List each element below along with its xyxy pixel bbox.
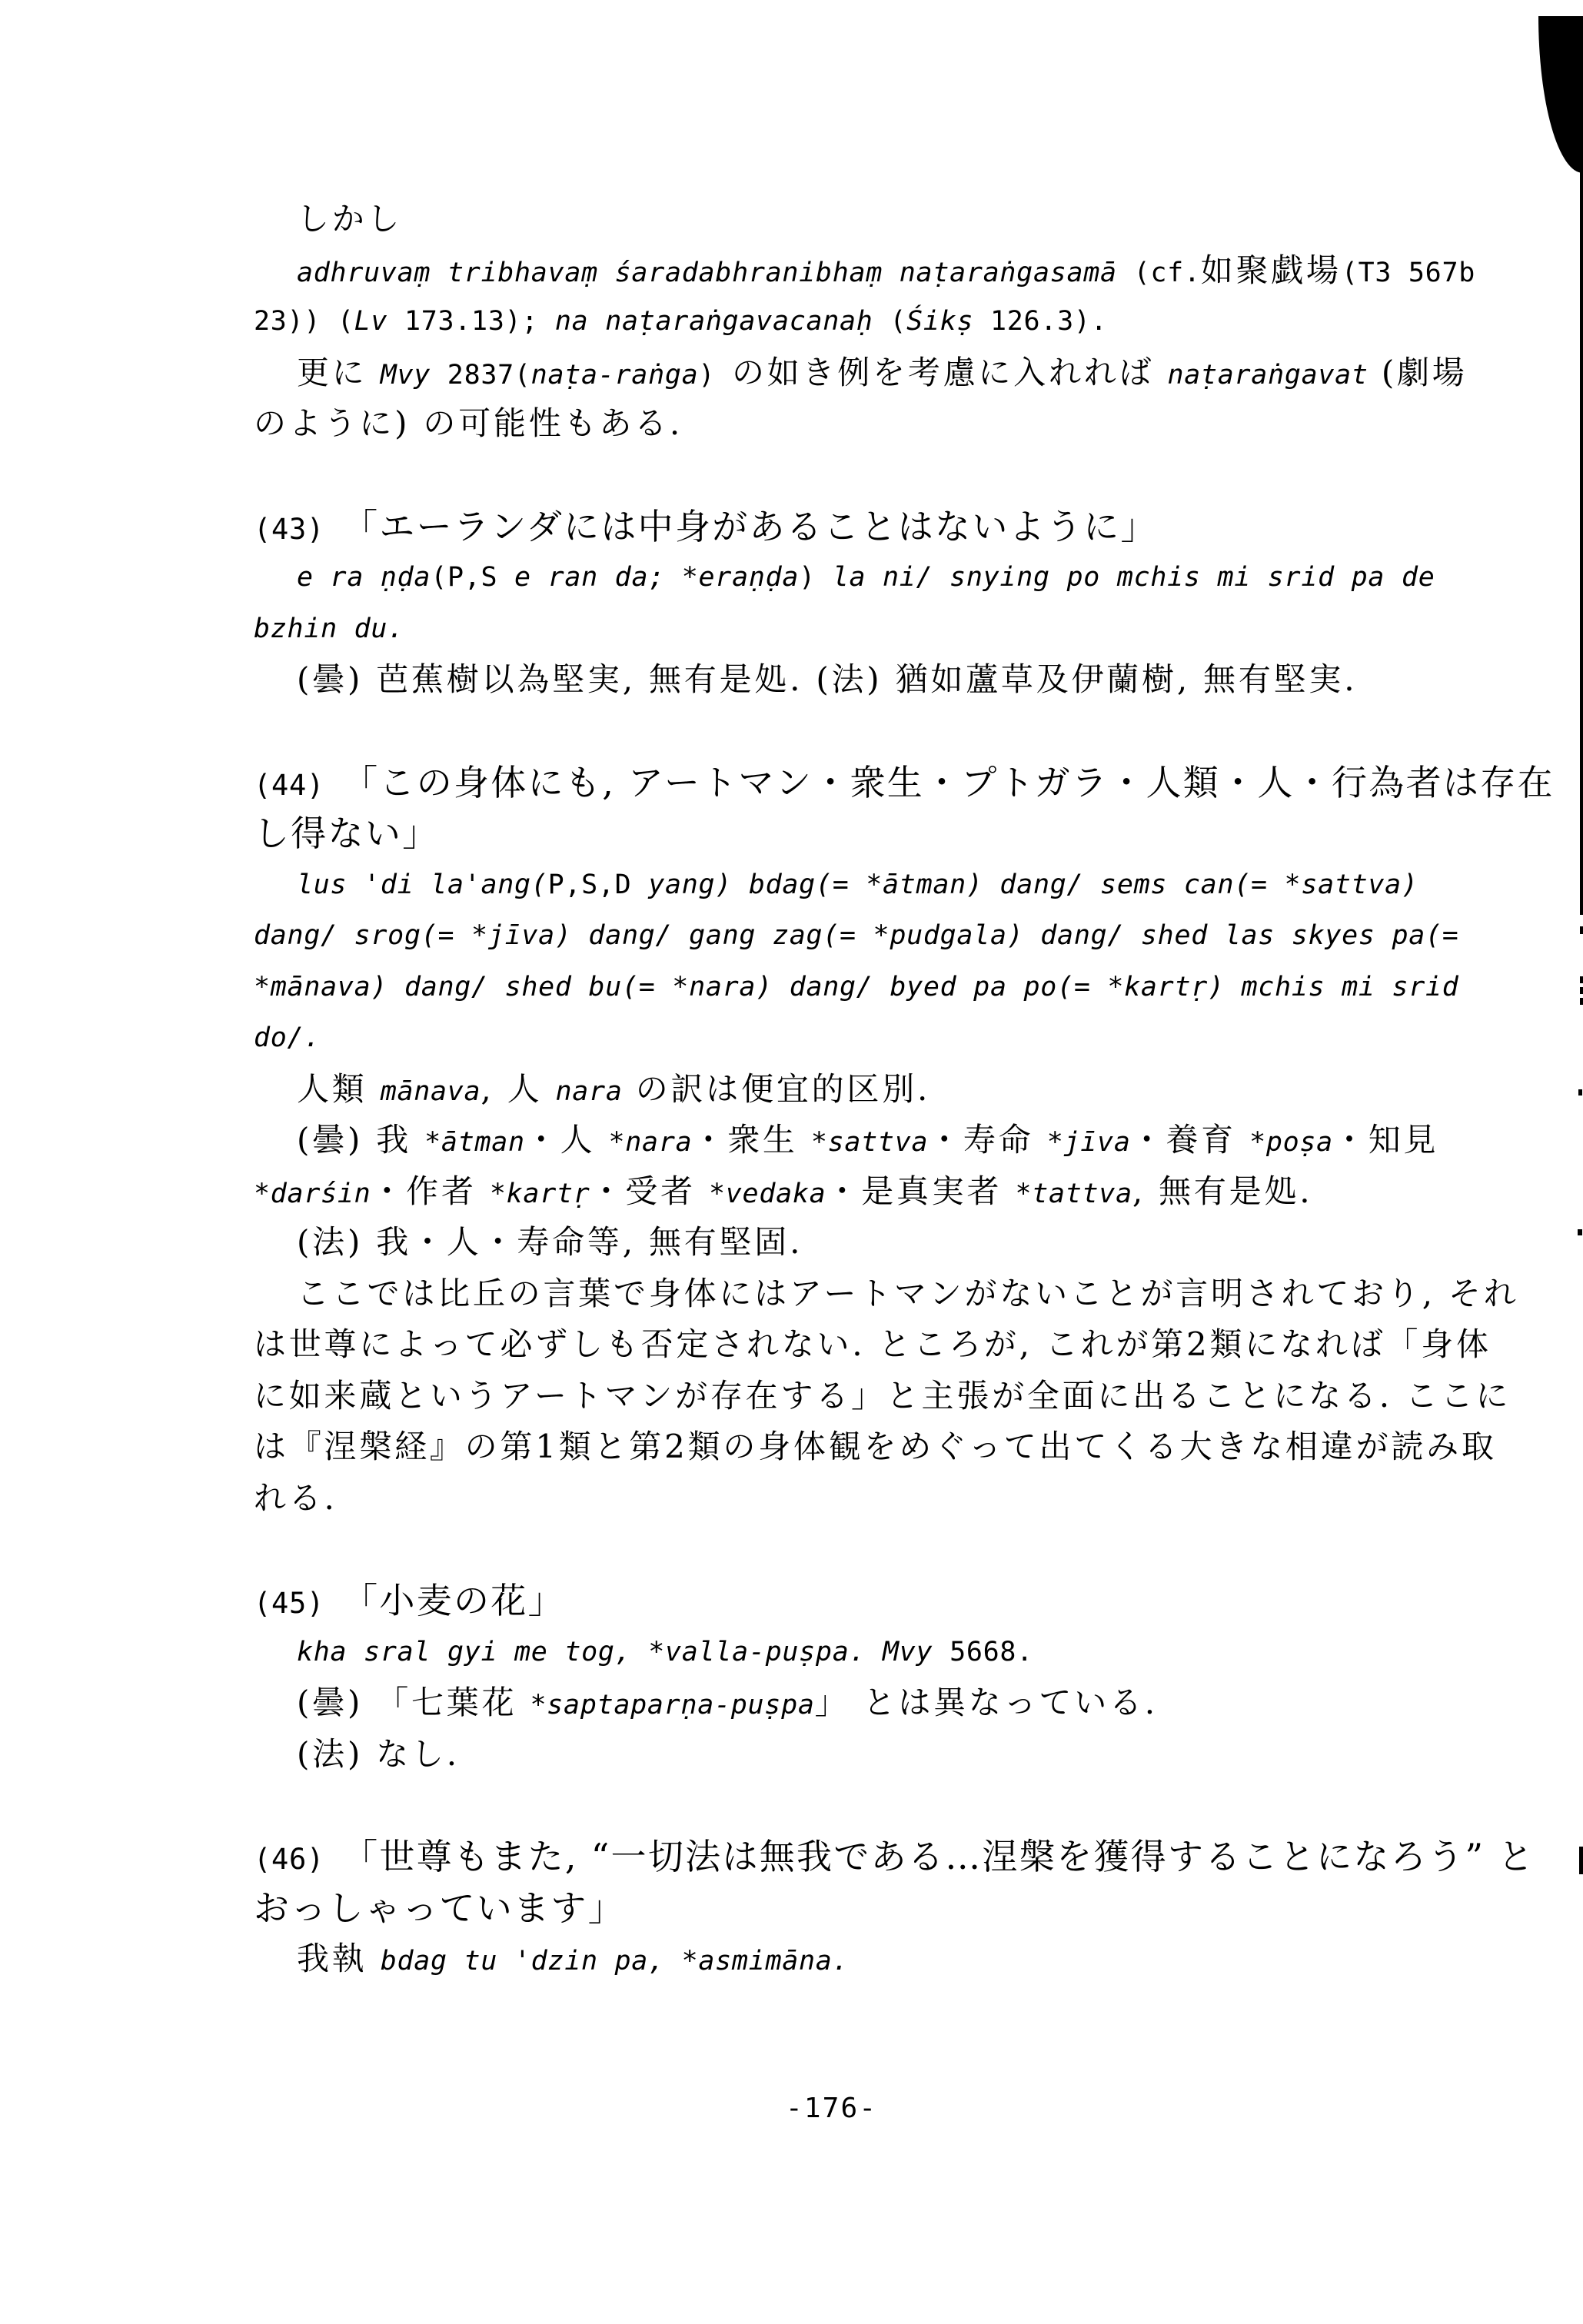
transliteration-italic-segment: yang) bdag(= *ātman) dang/ sems can(= *s… [648, 869, 1418, 900]
japanese-text-segment: 「小麦の花」 [342, 1580, 565, 1621]
japanese-text-segment: 如聚戯場 [1201, 251, 1342, 289]
transliteration-italic-segment: *tattva [1015, 1179, 1132, 1209]
text-line: ここでは比丘の言葉で身体にはアートマンがないことが言明されており, それ [254, 1268, 1515, 1320]
transliteration-italic-segment: naṭa-raṅga [531, 360, 699, 391]
japanese-text-segment: 我執 [297, 1940, 381, 1977]
text-line: (45) 「小麦の花」 [254, 1575, 1515, 1627]
transliteration-italic-segment: e ran da; *eraṇḍa [514, 562, 799, 593]
text-line: に如来蔵というアートマンが存在する」と主張が全面に出ることになる. ここに [254, 1371, 1515, 1422]
transliteration-italic-segment: *nara [609, 1127, 693, 1158]
scanned-document-page: しかしadhruvaṃ tribhavaṃ śaradabhranibhaṃ n… [0, 0, 1583, 2324]
japanese-text-segment: ・是真実者 [826, 1172, 1015, 1210]
text-line: は『涅槃経』の第1類と第2類の身体観をめぐって出てくる大きな相違が読み取 [254, 1421, 1515, 1473]
transliteration-italic-segment: na naṭaraṅgavacanaḥ [555, 306, 873, 337]
text-line: し得ない」 [254, 808, 1515, 859]
japanese-text-segment: ・知見 [1333, 1121, 1438, 1159]
transliteration-italic-segment: bdag tu 'dzin pa, *asmimāna. [381, 1946, 850, 1977]
text-line: dang/ srog(= *jīva) dang/ gang zag(= *pu… [254, 910, 1515, 962]
text-line: (法) なし. [254, 1729, 1515, 1780]
japanese-text-segment: 「世尊もまた, “一切法は無我である…涅槃を獲得することになろう” と [342, 1836, 1535, 1877]
text-line: lus 'di la'ang(P,S,D yang) bdag(= *ātman… [254, 859, 1515, 911]
text-line: bzhin du. [254, 603, 1515, 655]
latin-text-segment: 126.3). [973, 306, 1107, 337]
transliteration-italic-segment: dang/ srog(= *jīva) dang/ gang zag(= *pu… [254, 920, 1459, 951]
text-line: *darśin・作者 *kartṛ・受者 *vedaka・是真実者 *tattv… [254, 1166, 1515, 1218]
scan-artifact-edge-dash [1580, 976, 1583, 983]
latin-text-segment: (T3 567b [1342, 258, 1475, 288]
japanese-text-segment: し得ない」 [254, 813, 440, 854]
scan-artifact-corner [1538, 16, 1583, 173]
japanese-text-segment: に如来蔵というアートマンが存在する」と主張が全面に出ることになる. ここに [254, 1377, 1511, 1415]
text-line: adhruvaṃ tribhavaṃ śaradabhranibhaṃ naṭa… [254, 245, 1515, 297]
japanese-text-segment: 「エーランダには中身があることはないように」 [342, 506, 1158, 547]
transliteration-italic-segment: mānava [381, 1076, 481, 1107]
text-block: しかしadhruvaṃ tribhavaṃ śaradabhranibhaṃ n… [254, 194, 1515, 1985]
japanese-text-segment: 更に [297, 354, 381, 391]
transliteration-italic-segment: *ātman [424, 1127, 525, 1158]
transliteration-italic-segment: nara [556, 1076, 623, 1107]
latin-text-segment: 2837( [431, 360, 531, 391]
scan-artifact-edge-dash [1580, 926, 1583, 934]
scan-artifact-edge-dash [1580, 998, 1583, 1005]
text-line: 人類 mānava, 人 nara の訳は便宜的区別. [254, 1064, 1515, 1115]
text-line: おっしゃっています」 [254, 1883, 1515, 1934]
transliteration-italic-segment: *mānava) dang/ shed bu(= *nara) dang/ by… [254, 972, 1459, 1002]
transliteration-italic-segment: *saptaparṇa-puṣpa [530, 1690, 815, 1721]
transliteration-italic-segment: adhruvaṃ tribhavaṃ śaradabhranibhaṃ naṭa… [297, 258, 1117, 288]
transliteration-italic-segment: bzhin du. [254, 613, 404, 644]
text-line: は世尊によって必ずしも否定されない. ところが, これが第2類になれば「身体 [254, 1319, 1515, 1371]
latin-text-segment: (43) [254, 513, 342, 546]
scan-artifact-edge-line [1580, 154, 1583, 915]
japanese-text-segment: ・受者 [590, 1172, 709, 1210]
latin-text-segment: ) [799, 562, 833, 593]
transliteration-italic-segment: *darśin [254, 1179, 371, 1209]
japanese-text-segment: は世尊によって必ずしも否定されない. ところが, これが第2類になれば「身体 [254, 1325, 1492, 1363]
latin-text-segment: (P,S [431, 562, 514, 593]
japanese-text-segment: ・寿命 [928, 1121, 1046, 1159]
text-line: 更に Mvy 2837(naṭa-raṅga) の如き例を考慮に入れれば naṭ… [254, 347, 1515, 399]
text-line: (43) 「エーランダには中身があることはないように」 [254, 501, 1515, 553]
japanese-text-segment: の如き例を考慮に入れれば [732, 354, 1168, 391]
japanese-text-segment: (曇) 芭蕉樹以為堅実, 無有是処. (法) 猶如蘆草及伊蘭樹, 無有堅実. [297, 660, 1357, 698]
transliteration-italic-segment: Śikṣ [906, 306, 973, 337]
transliteration-italic-segment: *sattva [811, 1127, 928, 1158]
japanese-text-segment: ここでは比丘の言葉で身体にはアートマンがないことが言明されており, それ [297, 1275, 1519, 1312]
text-line: (法) 我・人・寿命等, 無有堅固. [254, 1217, 1515, 1268]
latin-text-segment: (cf. [1117, 258, 1201, 288]
text-line: れる. [254, 1473, 1515, 1524]
transliteration-italic-segment: *poṣa [1249, 1127, 1333, 1158]
text-line: *mānava) dang/ shed bu(= *nara) dang/ by… [254, 962, 1515, 1013]
transliteration-italic-segment: *jīva [1047, 1127, 1131, 1158]
japanese-text-segment: ・衆生 [692, 1121, 810, 1159]
latin-text-segment: ) [698, 360, 732, 391]
japanese-text-segment: , 人 [481, 1070, 555, 1108]
latin-text-segment: (45) [254, 1587, 342, 1620]
japanese-text-segment: ・人 [525, 1121, 609, 1159]
transliteration-italic-segment: la ni/ snying po mchis mi srid pa de [833, 562, 1435, 593]
text-line: e ra ṇḍa(P,S e ran da; *eraṇḍa) la ni/ s… [254, 552, 1515, 603]
transliteration-italic-segment: e ra ṇḍa [297, 562, 431, 593]
scan-artifact-edge-dot [1578, 1229, 1582, 1235]
japanese-text-segment: れる. [254, 1479, 338, 1517]
text-line: 23)) (Lv 173.13); na naṭaraṅgavacanaḥ (Ś… [254, 296, 1515, 347]
japanese-text-segment: の訳は便宜的区別. [623, 1070, 931, 1108]
transliteration-italic-segment: *kartṛ [490, 1179, 590, 1209]
text-line: (曇) 我 *ātman・人 *nara・衆生 *sattva・寿命 *jīva… [254, 1115, 1515, 1166]
japanese-text-segment: (法) 我・人・寿命等, 無有堅固. [297, 1223, 803, 1261]
transliteration-italic-segment: *vedaka [709, 1179, 826, 1209]
text-line: (46) 「世尊もまた, “一切法は無我である…涅槃を獲得することになろう” と [254, 1831, 1515, 1883]
japanese-text-segment: ・作者 [371, 1172, 489, 1210]
page-number: -176- [786, 2093, 877, 2124]
transliteration-italic-segment: Mvy [381, 360, 431, 391]
japanese-text-segment: (曇) 「七葉花 [297, 1684, 530, 1721]
scan-artifact-edge-dash [1579, 1847, 1583, 1874]
text-line: (44) 「この身体にも, アートマン・衆生・プトガラ・人類・人・行為者は存在 [254, 757, 1515, 809]
transliteration-italic-segment: do/. [254, 1022, 321, 1053]
japanese-text-segment: しかし [297, 200, 402, 238]
latin-text-segment: (44) [254, 769, 342, 802]
latin-text-segment: 5668. [933, 1637, 1033, 1667]
transliteration-italic-segment: kha sral gyi me tog, *valla-puṣpa. Mvy [297, 1637, 933, 1667]
text-line: (曇) 「七葉花 *saptaparṇa-puṣpa」 とは異なっている. [254, 1677, 1515, 1729]
japanese-text-segment: , 無有是処. [1132, 1172, 1313, 1210]
japanese-text-segment: 」 とは異なっている. [815, 1684, 1158, 1721]
latin-text-segment: (46) [254, 1843, 342, 1876]
transliteration-italic-segment: lus 'di la'ang( [297, 869, 548, 900]
latin-text-segment: ( [873, 306, 907, 337]
japanese-text-segment: 「この身体にも, アートマン・衆生・プトガラ・人類・人・行為者は存在 [342, 762, 1555, 803]
latin-text-segment: 173.13); [387, 306, 555, 337]
scan-artifact-edge-dash [1580, 987, 1583, 994]
transliteration-italic-segment: naṭaraṅgavat [1167, 360, 1368, 391]
latin-text-segment: P,S,D [548, 869, 649, 900]
japanese-text-segment: 人類 [297, 1070, 381, 1108]
text-line: のように) の可能性もある. [254, 398, 1515, 450]
japanese-text-segment: ・養育 [1131, 1121, 1249, 1159]
scan-artifact-edge-dot [1578, 1089, 1582, 1096]
japanese-text-segment: (劇場 [1368, 354, 1468, 391]
text-line: しかし [254, 194, 1515, 245]
japanese-text-segment: は『涅槃経』の第1類と第2類の身体観をめぐって出てくる大きな相違が読み取 [254, 1428, 1497, 1465]
transliteration-italic-segment: Lv [354, 306, 388, 337]
text-line: kha sral gyi me tog, *valla-puṣpa. Mvy 5… [254, 1627, 1515, 1678]
japanese-text-segment: (法) なし. [297, 1735, 460, 1773]
text-line: 我執 bdag tu 'dzin pa, *asmimāna. [254, 1933, 1515, 1985]
japanese-text-segment: おっしゃっています」 [254, 1887, 625, 1929]
latin-text-segment: 23)) ( [254, 306, 354, 337]
text-line: do/. [254, 1012, 1515, 1064]
japanese-text-segment: のように) の可能性もある. [254, 404, 683, 442]
japanese-text-segment: (曇) 我 [297, 1121, 424, 1159]
text-line: (曇) 芭蕉樹以為堅実, 無有是処. (法) 猶如蘆草及伊蘭樹, 無有堅実. [254, 654, 1515, 706]
